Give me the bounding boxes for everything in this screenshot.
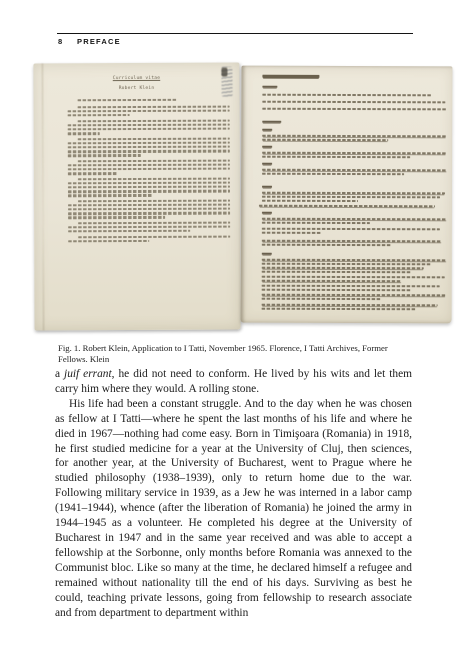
scan-right-text bbox=[241, 66, 453, 324]
scan-page-left: Curriculum vitae Robert Klein bbox=[33, 63, 240, 331]
paragraph-continuation: a juif errant, he did not need to confor… bbox=[55, 367, 412, 397]
page-number: 8 bbox=[58, 37, 63, 46]
figure-caption: Fig. 1. Robert Klein, Application to I T… bbox=[58, 343, 388, 365]
section-title: PREFACE bbox=[77, 37, 121, 46]
para1-prefix: a bbox=[55, 368, 64, 380]
paragraph-his-life: His life had been a constant struggle. A… bbox=[55, 397, 412, 621]
scan-left-text bbox=[33, 63, 240, 331]
book-page: 8 PREFACE Curriculum vitae Robert Klein … bbox=[0, 0, 464, 653]
ink-mark bbox=[221, 68, 227, 77]
body-text: a juif errant, he did not need to confor… bbox=[55, 367, 412, 620]
scan-page-right bbox=[241, 66, 453, 324]
para1-italic-phrase: juif errant bbox=[64, 368, 112, 380]
header-rule bbox=[57, 33, 413, 34]
